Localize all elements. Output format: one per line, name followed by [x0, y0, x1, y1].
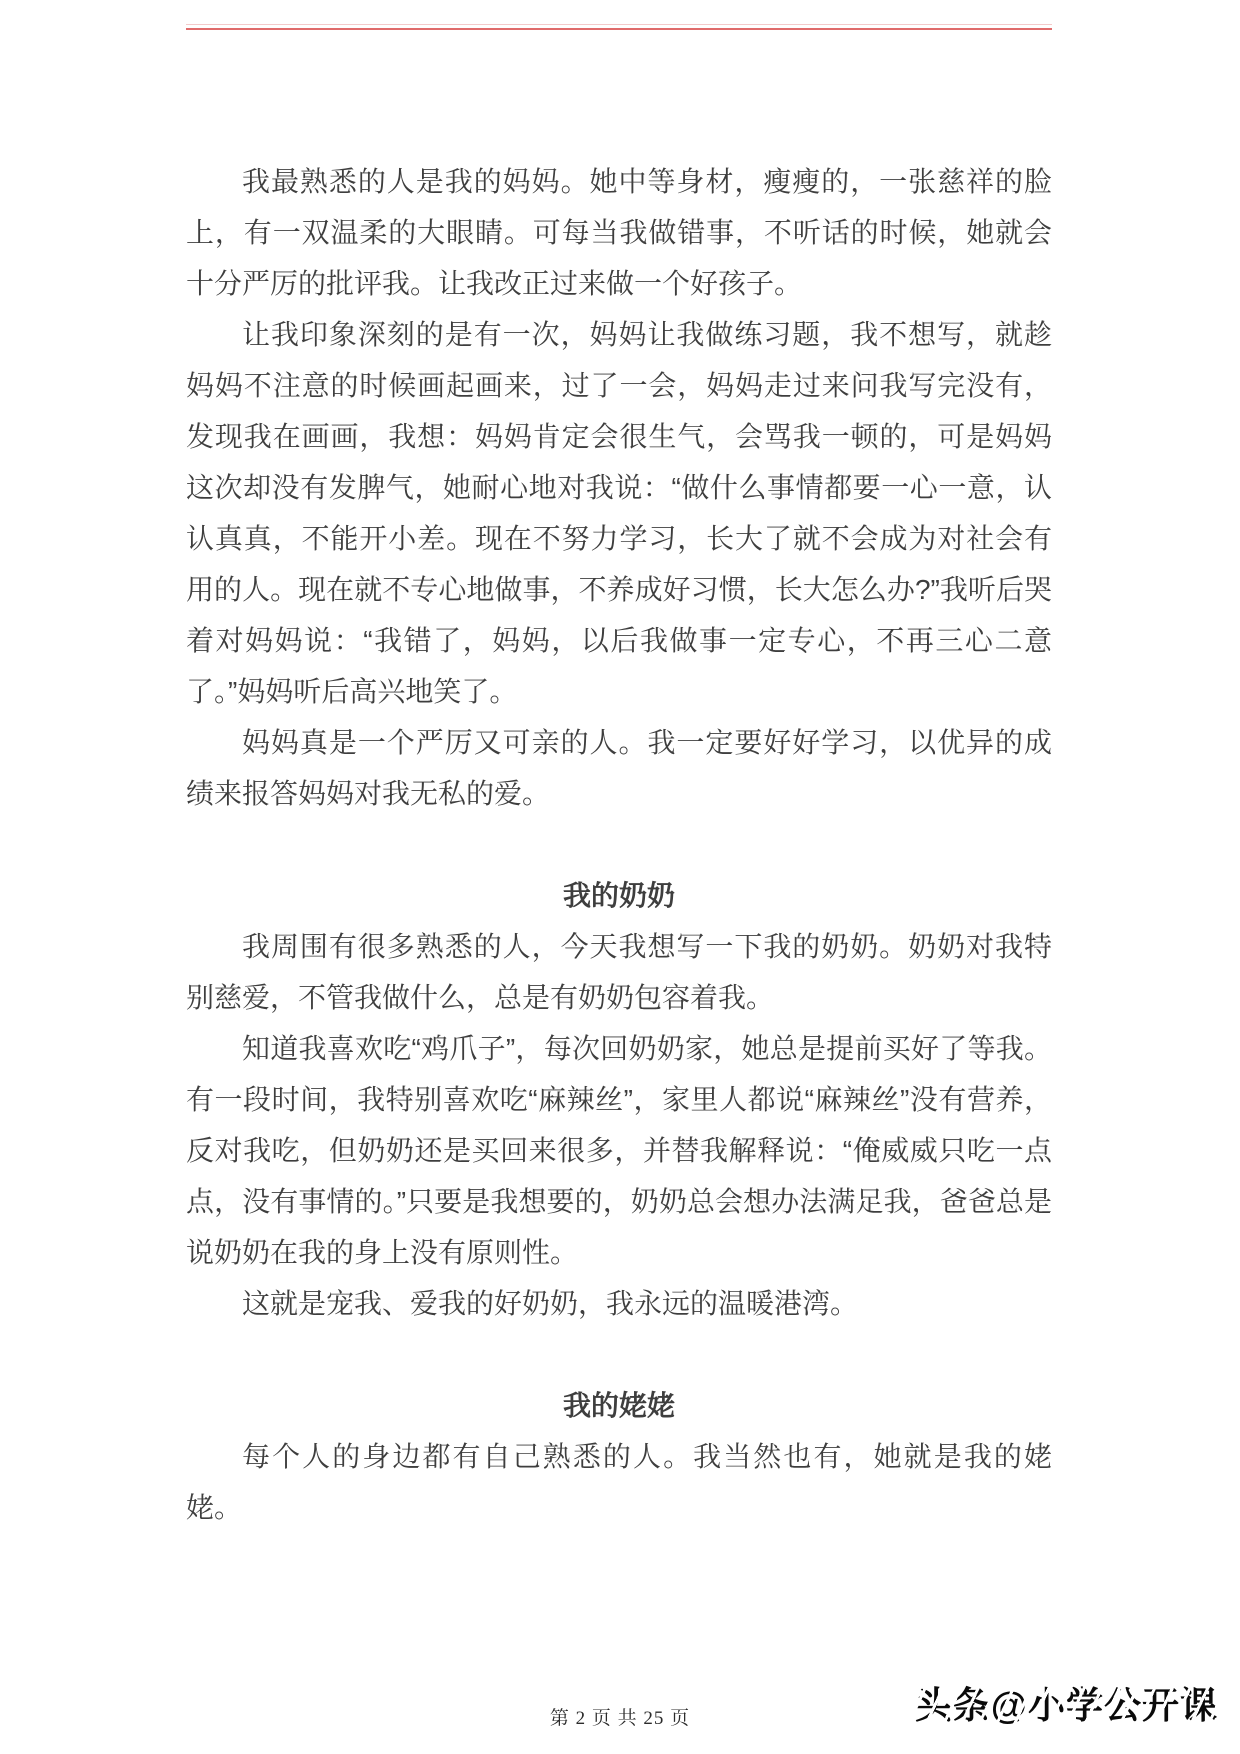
- document-body: 我最熟悉的人是我的妈妈。她中等身材，瘦瘦的，一张慈祥的脸上，有一双温柔的大眼睛。…: [186, 156, 1052, 1533]
- essay-paragraph: 我最熟悉的人是我的妈妈。她中等身材，瘦瘦的，一张慈祥的脸上，有一双温柔的大眼睛。…: [186, 156, 1052, 309]
- essay-paragraph: 我周围有很多熟悉的人，今天我想写一下我的奶奶。奶奶对我特别慈爱，不管我做什么，总…: [186, 921, 1052, 1023]
- essay-paragraph: 让我印象深刻的是有一次，妈妈让我做练习题，我不想写，就趁妈妈不注意的时候画起画来…: [186, 309, 1052, 717]
- document-page: 我最熟悉的人是我的妈妈。她中等身材，瘦瘦的，一张慈祥的脸上，有一双温柔的大眼睛。…: [0, 0, 1240, 1754]
- essay-paragraph: 每个人的身边都有自己熟悉的人。我当然也有，她就是我的姥姥。: [186, 1431, 1052, 1533]
- essay-paragraph: 知道我喜欢吃“鸡爪子”，每次回奶奶家，她总是提前买好了等我。有一段时间，我特别喜…: [186, 1023, 1052, 1278]
- header-rule-line: [186, 28, 1052, 30]
- essay-title-nainai: 我的奶奶: [186, 870, 1052, 921]
- watermark: 头条@小学公开课: [915, 1684, 1218, 1728]
- watermark-text: 头条@小学公开课: [915, 1685, 1218, 1726]
- essay-paragraph: 这就是宠我、爱我的好奶奶，我永远的温暖港湾。: [186, 1278, 1052, 1329]
- essay-paragraph: 妈妈真是一个严厉又可亲的人。我一定要好好学习，以优异的成绩来报答妈妈对我无私的爱…: [186, 717, 1052, 819]
- essay-title-laolao: 我的姥姥: [186, 1380, 1052, 1431]
